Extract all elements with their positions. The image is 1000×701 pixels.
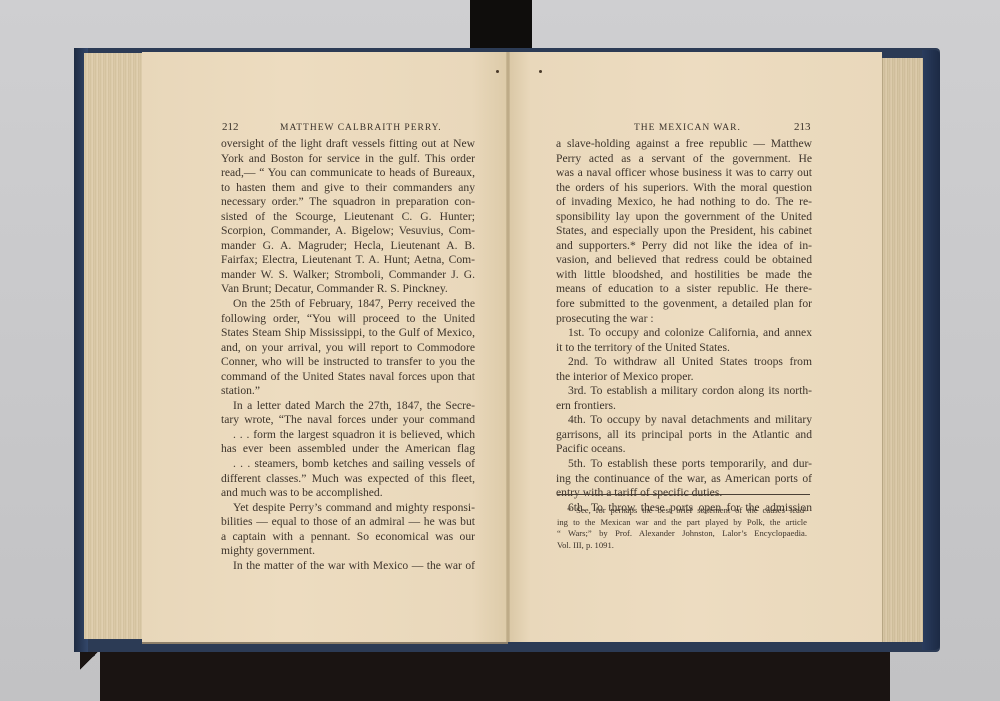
text-line: States Steam Ship Mississippi, to the Gu… — [221, 326, 475, 341]
text-line: sponsibility lay upon the government of … — [556, 210, 812, 225]
text-line: vasion, and believed that redress could … — [556, 253, 812, 268]
footnote: * See, for perhaps the best brief statem… — [557, 505, 807, 551]
text-line: 5th. To establish these ports temporaril… — [556, 457, 812, 472]
text-line: oversight of the light draft vessels fit… — [221, 137, 475, 152]
text-line: . . . form the largest squadron it is be… — [221, 428, 475, 443]
footnote-rule — [557, 494, 810, 495]
text-line: and, on your arrival, you will report to… — [221, 341, 475, 356]
text-line: . . . steamers, bomb ketches and sailing… — [221, 457, 475, 472]
footnote-line: Vol. III, p. 1091. — [557, 540, 807, 552]
text-line: a captain with a pennant. So economical … — [221, 530, 475, 545]
text-line: means of education to a sister republic.… — [556, 282, 812, 297]
text-line: In the matter of the war with Mexico — t… — [221, 559, 475, 574]
text-line: following order, “You will proceed to th… — [221, 312, 475, 327]
text-line: In a letter dated March the 27th, 1847, … — [221, 399, 475, 414]
text-line: and much was to be accomplished. — [221, 486, 475, 501]
text-line: 4th. To occupy by naval detachments and … — [556, 413, 812, 428]
text-line: to hasten them and give to their command… — [221, 181, 475, 196]
text-line: 3rd. To establish a military cordon alon… — [556, 384, 812, 399]
text-line: has ever been assembled under the Americ… — [221, 442, 475, 457]
left-page-number: 212 — [222, 121, 239, 133]
text-line: it to the territory of the United States… — [556, 341, 812, 356]
footnote-line: * See, for perhaps the best brief statem… — [557, 505, 807, 517]
text-line: prosecuting the war : — [556, 312, 812, 327]
text-line: of invading Mexico, he had nothing to do… — [556, 195, 812, 210]
text-line: read,— “ You can communicate to heads of… — [221, 166, 475, 181]
text-line: different classes.” Much was expected of… — [221, 472, 475, 487]
text-line: On the 25th of February, 1847, Perry rec… — [221, 297, 475, 312]
text-line: 2nd. To withdraw all United States troop… — [556, 355, 812, 370]
page-stack-left — [84, 53, 143, 639]
text-line: ing the continuance of the war, as Ameri… — [556, 472, 812, 487]
paper-speck — [496, 70, 499, 73]
text-line: Van Brunt; Decatur, Commander R. S. Pinc… — [221, 282, 475, 297]
text-line: Pacific oceans. — [556, 442, 812, 457]
text-line: with little bloodshed, and hostilities b… — [556, 268, 812, 283]
right-page-number: 213 — [794, 121, 811, 133]
text-line: the interior of Mexico proper. — [556, 370, 812, 385]
text-line: 1st. To occupy and colonize California, … — [556, 326, 812, 341]
text-line: command of the United States naval force… — [221, 370, 475, 385]
text-line: sisted of the Scourge, Lieutenant C. G. … — [221, 210, 475, 225]
text-line: tary wrote, “The naval forces under your… — [221, 413, 475, 428]
text-line: mander G. A. Magruder; Hecla, Lieutenant… — [221, 239, 475, 254]
text-line: ern frontiers. — [556, 399, 812, 414]
paper-speck — [539, 70, 542, 73]
text-line: Conner, who will be instructed to transf… — [221, 355, 475, 370]
left-running-head: MATTHEW CALBRAITH PERRY. — [280, 123, 442, 133]
page-stack-right — [882, 58, 923, 642]
text-line: York and Boston for service in the gulf.… — [221, 152, 475, 167]
text-line: Fairfax; Electra, Lieutenant T. A. Hunt;… — [221, 253, 475, 268]
text-line: station.” — [221, 384, 475, 399]
footnote-line: “ Wars;” by Prof. Alexander Johnston, La… — [557, 528, 807, 540]
text-line: Yet despite Perry’s command and mighty r… — [221, 501, 475, 516]
text-line: the orders of his superiors. With the mo… — [556, 181, 812, 196]
right-running-head: THE MEXICAN WAR. — [634, 123, 741, 133]
text-line: and supporters.* Perry did not like the … — [556, 239, 812, 254]
background-gap — [470, 0, 532, 50]
text-line: States, and especially upon the Presiden… — [556, 224, 812, 239]
text-line: bilities — equal to those of an admiral … — [221, 515, 475, 530]
text-line: Scorpion, Commander, A. Bigelow; Vesuviu… — [221, 224, 475, 239]
left-page-body: oversight of the light draft vessels fit… — [221, 137, 475, 573]
text-line: a slave-holding against a free republic … — [556, 137, 812, 152]
right-page-body: a slave-holding against a free republic … — [556, 137, 812, 515]
book-gutter — [506, 52, 510, 642]
text-line: mighty government. — [221, 544, 475, 559]
text-line: garrisons, all its principal ports in th… — [556, 428, 812, 443]
text-line: necessary order.” The squadron in prepar… — [221, 195, 475, 210]
text-line: was a naval officer whose business it wa… — [556, 166, 812, 181]
text-line: fore submitted to the govenment, a detai… — [556, 297, 812, 312]
footnote-line: ing to the Mexican war and the part play… — [557, 517, 807, 529]
text-line: Perry acted as a servant of the governme… — [556, 152, 812, 167]
cover-right-edge — [922, 50, 940, 650]
text-line: mander W. S. Walker; Stromboli, Commande… — [221, 268, 475, 283]
